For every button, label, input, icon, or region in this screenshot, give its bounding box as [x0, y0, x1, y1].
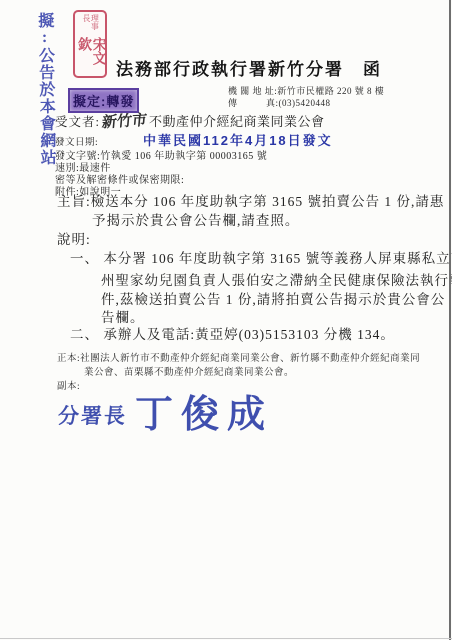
subject-line-2: 予揭示於貴公會公告欄,請查照。 — [92, 209, 299, 229]
issue-date-label: 發文日期: — [55, 134, 98, 148]
chairman-seal-name: 宋文欽 — [75, 37, 104, 76]
cc-label: 副本: — [57, 378, 80, 392]
director-signature-stamp: 分署長 丁俊成 — [58, 396, 273, 434]
director-name: 丁俊成 — [135, 396, 273, 434]
chairman-seal-stamp: 理事長 宋文欽 — [73, 10, 107, 78]
explanation-heading: 說明: — [57, 228, 91, 248]
agency-fax: 傳 真:(03)5420448 — [228, 96, 331, 109]
chairman-seal-title: 理事長 — [82, 14, 99, 37]
explanation-item2-contact: 二、 承辦人及電話:黃亞婷(03)5153103 分機 134。 — [70, 323, 395, 343]
director-title: 分署長 — [57, 400, 128, 430]
explanation-item1-line3: 件,茲檢送拍賣公告 1 份,請將拍賣公告揭示於貴公會公 — [101, 288, 445, 308]
recipient-line: 受文者:新竹市不動產仲介經紀商業同業公會 — [55, 110, 325, 131]
scanned-official-letter: 擬:公告於本會網站 理事長 宋文欽 法務部行政執行署新竹分署 函 機 關 地 址… — [0, 0, 452, 640]
recipient-printed-part: 不動產仲介經紀商業同業公會 — [149, 114, 325, 129]
scan-edge-bottom — [0, 638, 452, 639]
original-recipients-line2: 業公會、苗栗縣不動產仲介經紀商業同業公會。 — [84, 364, 294, 378]
recipient-handwritten-part: 新竹市 — [101, 109, 148, 132]
subject-line-1: 主旨:檢送本分 106 年度助執字第 3165 號拍賣公告 1 份,請惠 — [57, 190, 444, 210]
document-title: 法務部行政執行署新竹分署 函 — [116, 55, 382, 80]
explanation-item1-line1: 一、 本分署 106 年度助執字第 3165 號等義務人屏東縣私立南 — [70, 247, 452, 267]
scan-edge-right — [449, 0, 451, 640]
explanation-item1-line2: 州聖家幼兒園負責人張伯安之滯納全民健康保險法執行事 — [101, 269, 452, 289]
recipient-label: 受文者: — [55, 115, 100, 129]
original-recipients-line1: 正本:社團法人新竹市不動產仲介經紀商業同業公會、新竹縣不動產仲介經紀商業同 — [57, 350, 420, 364]
